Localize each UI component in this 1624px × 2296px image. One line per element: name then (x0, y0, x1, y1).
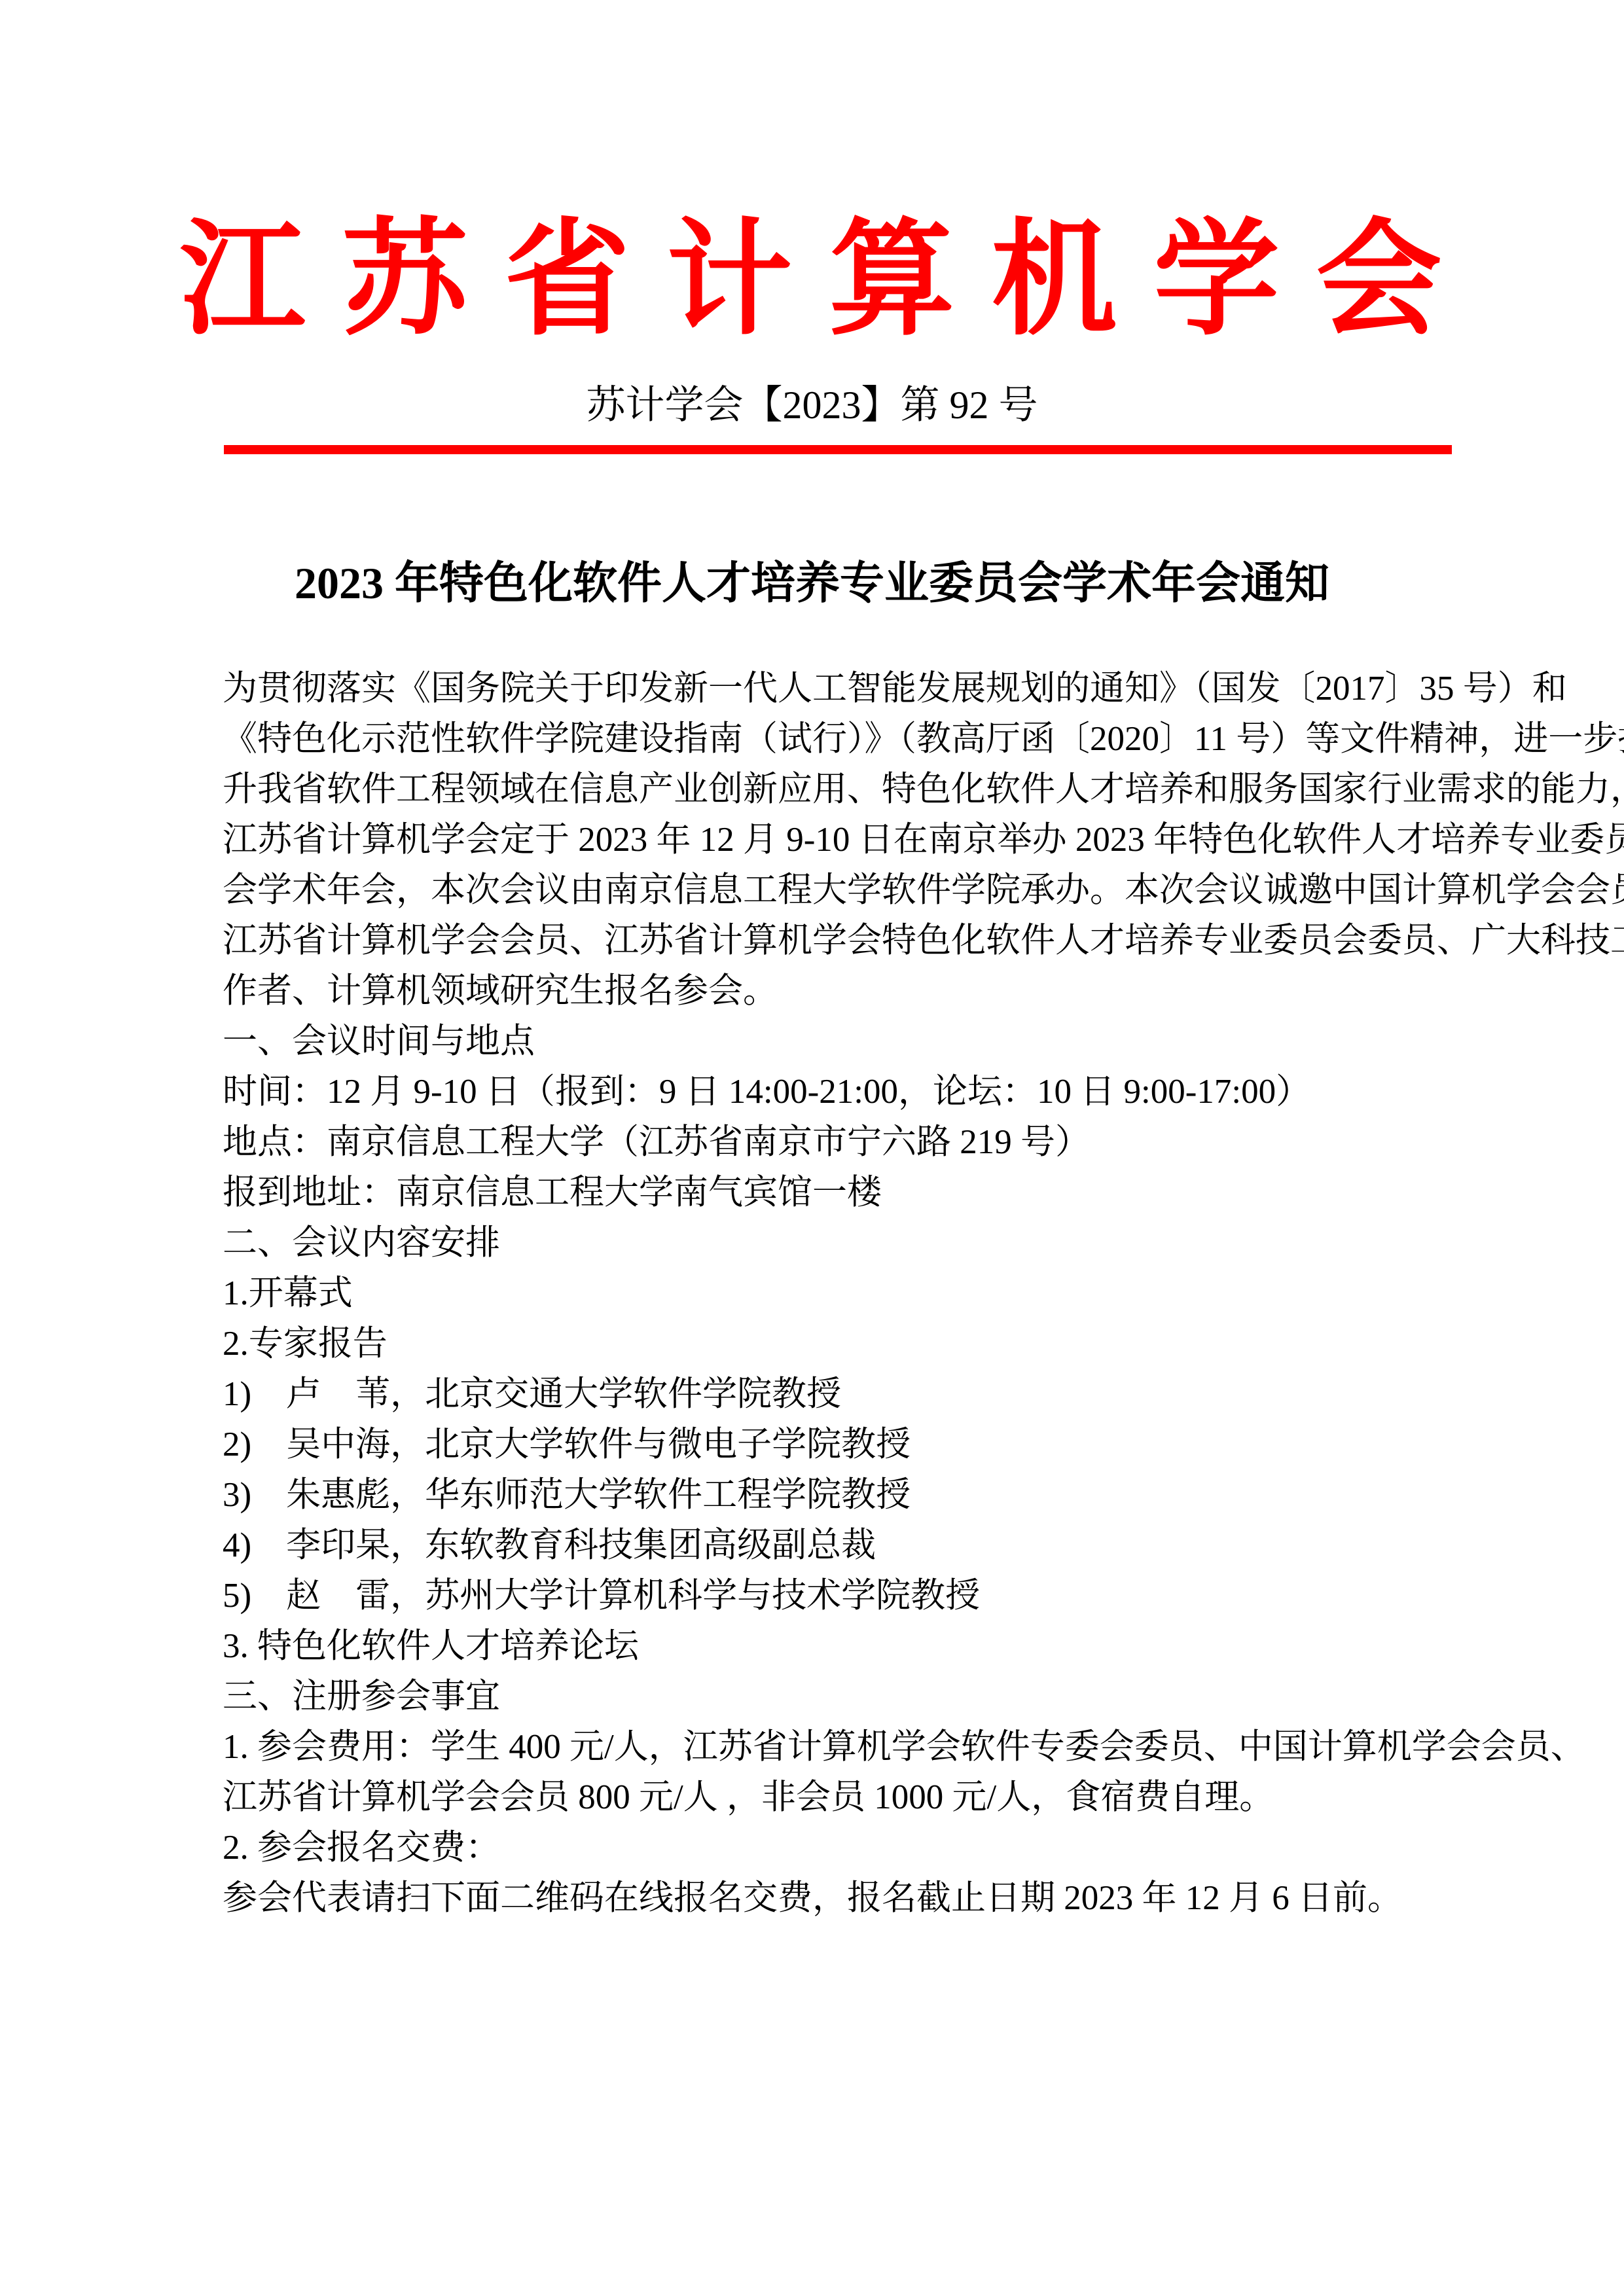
body-line: 参会代表请扫下面二维码在线报名交费，报名截止日期 2023 年 12 月 6 日… (223, 1873, 1460, 1924)
section-heading-3: 三、注册参会事宜 (223, 1672, 1460, 1722)
expert-item: 2) 吴中海，北京大学软件与微电子学院教授 (223, 1420, 1460, 1470)
notice-body: 为贯彻落实《国务院关于印发新一代人工智能发展规划的通知》（国发〔2017〕35 … (223, 664, 1460, 1924)
body-line: 作者、计算机领域研究生报名参会。 (223, 966, 1460, 1016)
body-line: 2.专家报告 (223, 1319, 1460, 1369)
expert-item: 1) 卢 苇，北京交通大学软件学院教授 (223, 1369, 1460, 1420)
body-line: 2. 参会报名交费： (223, 1823, 1460, 1873)
body-line: 为贯彻落实《国务院关于印发新一代人工智能发展规划的通知》（国发〔2017〕35 … (223, 664, 1460, 714)
notice-title: 2023 年特色化软件人才培养专业委员会学术年会通知 (0, 558, 1624, 609)
body-line: 1. 参会费用：学生 400 元/人，江苏省计算机学会软件专委会委员、中国计算机… (223, 1722, 1460, 1772)
org-name-title: 江 苏 省 计 算 机 学 会 (0, 215, 1624, 347)
body-line: 江苏省计算机学会定于 2023 年 12 月 9-10 日在南京举办 2023 … (223, 815, 1460, 865)
section-heading-1: 一、会议时间与地点 (223, 1016, 1460, 1067)
issue-number: 苏计学会【2023】第 92 号 (0, 384, 1624, 427)
expert-item: 4) 李印杲，东软教育科技集团高级副总裁 (223, 1520, 1460, 1571)
body-line: 江苏省计算机学会会员 800 元/人 ，非会员 1000 元/人，食宿费自理。 (223, 1772, 1460, 1823)
masthead: 江 苏 省 计 算 机 学 会 (0, 0, 1624, 347)
body-line: 江苏省计算机学会会员、江苏省计算机学会特色化软件人才培养专业委员会委员、广大科技… (223, 916, 1460, 966)
document-page: 江 苏 省 计 算 机 学 会 苏计学会【2023】第 92 号 2023 年特… (0, 0, 1624, 2296)
body-line: 会学术年会，本次会议由南京信息工程大学软件学院承办。本次会议诚邀中国计算机学会会… (223, 865, 1460, 916)
body-line: 报到地址：南京信息工程大学南气宾馆一楼 (223, 1168, 1460, 1218)
body-line: 时间：12 月 9-10 日（报到：9 日 14:00-21:00，论坛：10 … (223, 1067, 1460, 1117)
body-line: 地点：南京信息工程大学（江苏省南京市宁六路 219 号） (223, 1117, 1460, 1168)
expert-item: 3) 朱惠彪，华东师范大学软件工程学院教授 (223, 1470, 1460, 1520)
red-divider-rule (224, 445, 1452, 454)
body-line: 升我省软件工程领域在信息产业创新应用、特色化软件人才培养和服务国家行业需求的能力… (223, 764, 1460, 815)
body-line: 3. 特色化软件人才培养论坛 (223, 1621, 1460, 1672)
section-heading-2: 二、会议内容安排 (223, 1218, 1460, 1268)
body-line: 《特色化示范性软件学院建设指南（试行）》（教高厅函〔2020〕11 号）等文件精… (223, 714, 1460, 764)
body-line: 1.开幕式 (223, 1268, 1460, 1319)
expert-item: 5) 赵 雷，苏州大学计算机科学与技术学院教授 (223, 1571, 1460, 1621)
